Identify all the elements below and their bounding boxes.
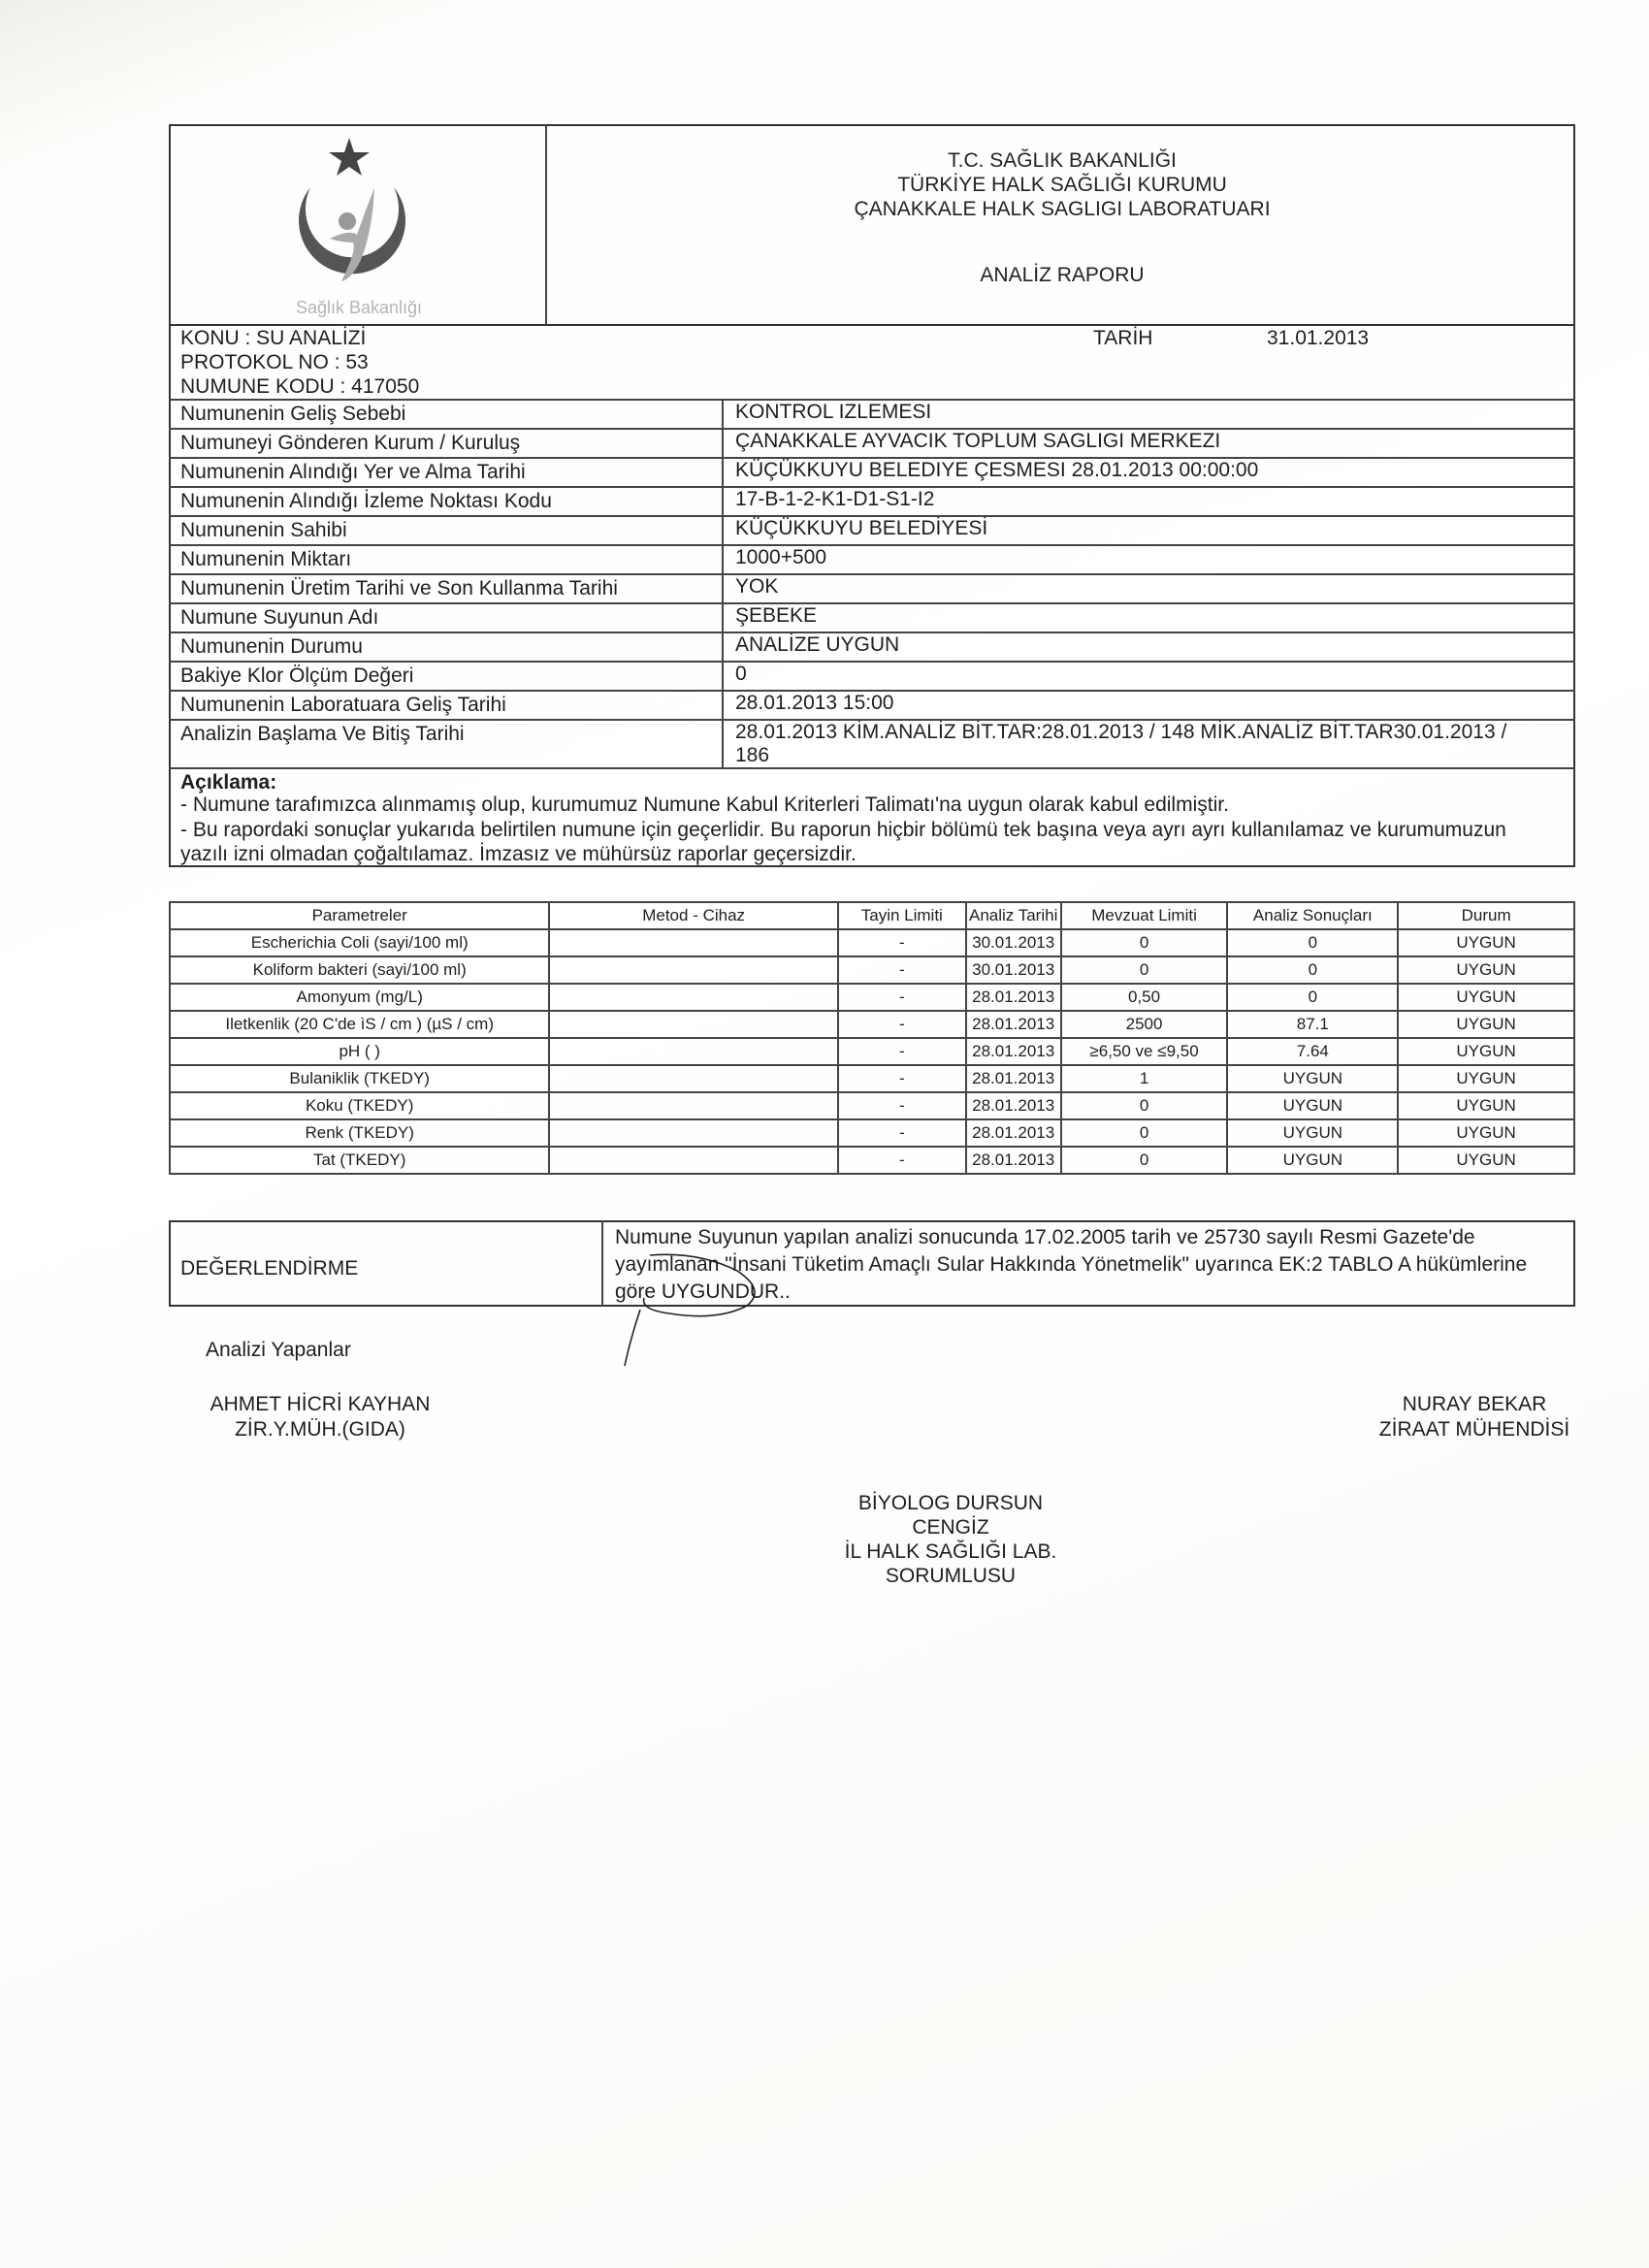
row-divider (169, 573, 1575, 575)
sample-info-label: Numunenin Durumu (180, 635, 363, 659)
analysts-label: Analizi Yapanlar (206, 1339, 351, 1362)
sample-info-value: ANALİZE UYGUN (735, 633, 899, 657)
aciklama-line-3: yazılı izni olmadan çoğaltılamaz. İmzası… (180, 843, 857, 866)
table-cell (549, 929, 837, 956)
table-cell (549, 984, 837, 1011)
sample-info-value: YOK (735, 575, 778, 599)
sample-info-label: Numunenin Alındığı İzleme Noktası Kodu (180, 490, 552, 513)
sample-info-value: ŞEBEKE (735, 604, 817, 628)
sample-info-label: Numune Suyunun Adı (180, 606, 378, 630)
sample-info-value: 1000+500 (735, 546, 826, 569)
sample-info-value: 17-B-1-2-K1-D1-S1-I2 (735, 488, 934, 511)
table-cell: UYGUN (1398, 1065, 1574, 1092)
left-signer-name: AHMET HİCRİ KAYHAN (175, 1393, 466, 1416)
table-cell (549, 1092, 837, 1119)
table-row: Koliform bakteri (sayi/100 ml)-30.01.201… (170, 956, 1574, 984)
table-cell: 28.01.2013 (966, 1038, 1061, 1065)
table-cell: 0 (1061, 1119, 1228, 1147)
table-cell: UYGUN (1227, 1119, 1398, 1147)
sample-info-value: 0 (735, 663, 747, 686)
row-divider (169, 428, 1575, 430)
results-body: Escherichia Coli (sayi/100 ml)-30.01.201… (170, 929, 1574, 1174)
column-header: Durum (1398, 902, 1574, 929)
right-signer-name: NURAY BEKAR (1339, 1393, 1610, 1416)
table-row: Bulaniklik (TKEDY)-28.01.20131UYGUNUYGUN (170, 1065, 1574, 1092)
evaluation-label: DEĞERLENDİRME (180, 1257, 358, 1280)
column-header: Mevzuat Limiti (1061, 902, 1228, 929)
table-cell: UYGUN (1398, 984, 1574, 1011)
table-cell: pH ( ) (170, 1038, 549, 1065)
table-row: Tat (TKEDY)-28.01.20130UYGUNUYGUN (170, 1147, 1574, 1174)
sample-info-label: Numunenin Alındığı Yer ve Alma Tarihi (180, 461, 526, 484)
numune-kodu-text: NUMUNE KODU : 417050 (180, 375, 419, 399)
table-cell: - (838, 984, 966, 1011)
table-cell: - (838, 1011, 966, 1038)
row-divider (169, 661, 1575, 663)
table-cell: 28.01.2013 (966, 1011, 1061, 1038)
table-cell: 87.1 (1227, 1011, 1398, 1038)
logo-caption: Sağlık Bakanlığı (262, 296, 456, 319)
sample-info-label: Analizin Başlama Ve Bitiş Tarihi (180, 723, 465, 746)
table-cell: ≥6,50 ve ≤9,50 (1061, 1038, 1228, 1065)
table-cell: 30.01.2013 (966, 929, 1061, 956)
aciklama-line-2: - Bu rapordaki sonuçlar yukarıda belirti… (180, 819, 1506, 842)
table-cell: 2500 (1061, 1011, 1228, 1038)
row-divider (169, 486, 1575, 488)
results-header-row: ParametrelerMetod - CihazTayin LimitiAna… (170, 902, 1574, 929)
table-cell: - (838, 956, 966, 984)
results-table: ParametrelerMetod - CihazTayin LimitiAna… (169, 901, 1575, 1175)
row-divider (169, 719, 1575, 721)
table-cell: - (838, 929, 966, 956)
table-cell: - (838, 1065, 966, 1092)
evaluation-line-1: Numune Suyunun yapılan analizi sonucunda… (615, 1222, 1475, 1252)
table-cell: UYGUN (1227, 1065, 1398, 1092)
table-row: Escherichia Coli (sayi/100 ml)-30.01.201… (170, 929, 1574, 956)
table-cell: 28.01.2013 (966, 1092, 1061, 1119)
sample-info-label: Numunenin Sahibi (180, 519, 347, 542)
tarih-value: 31.01.2013 (1267, 327, 1369, 350)
sample-info-value: KONTROL IZLEMESI (735, 401, 931, 424)
sample-info-value: KÜÇÜKKUYU BELEDİYESİ (735, 517, 987, 540)
sample-info-value: KÜÇÜKKUYU BELEDIYE ÇESMESI 28.01.2013 00… (735, 459, 1258, 482)
ministry-logo (272, 134, 446, 318)
report-title: ANALİZ RAPORU (553, 264, 1571, 287)
center-signer-line-3: İL HALK SAĞLIĞI LAB. (805, 1540, 1096, 1564)
column-header: Analiz Sonuçları (1227, 902, 1398, 929)
table-cell: 0 (1061, 929, 1228, 956)
sample-info-label: Numunenin Üretim Tarihi ve Son Kullanma … (180, 577, 618, 600)
table-cell: UYGUN (1398, 1147, 1574, 1174)
table-cell: 28.01.2013 (966, 984, 1061, 1011)
institution-title: TÜRKİYE HALK SAĞLIĞI KURUMU (553, 174, 1571, 197)
table-cell: 0 (1061, 956, 1228, 984)
sample-info-column-divider (722, 399, 724, 767)
table-cell: 1 (1061, 1065, 1228, 1092)
table-cell: 7.64 (1227, 1038, 1398, 1065)
table-cell: UYGUN (1398, 1119, 1574, 1147)
row-divider (169, 690, 1575, 692)
row-divider (169, 457, 1575, 459)
table-cell (549, 1065, 837, 1092)
table-cell: Amonyum (mg/L) (170, 984, 549, 1011)
protokol-text: PROTOKOL NO : 53 (180, 351, 369, 374)
table-cell: Renk (TKEDY) (170, 1119, 549, 1147)
table-cell: 0,50 (1061, 984, 1228, 1011)
laboratory-title: ÇANAKKALE HALK SAGLIGI LABORATUARI (553, 198, 1571, 221)
table-row: Iletkenlik (20 C'de ìS / cm ) (µS / cm)-… (170, 1011, 1574, 1038)
tarih-label: TARİH (1093, 327, 1152, 350)
table-cell: 0 (1227, 956, 1398, 984)
table-cell: UYGUN (1398, 956, 1574, 984)
table-cell: Iletkenlik (20 C'de ìS / cm ) (µS / cm) (170, 1011, 549, 1038)
handwritten-signature (611, 1251, 844, 1368)
table-cell: - (838, 1038, 966, 1065)
left-signer-title: ZİR.Y.MÜH.(GIDA) (175, 1418, 466, 1442)
table-cell: 0 (1061, 1092, 1228, 1119)
table-row: pH ( )-28.01.2013≥6,50 ve ≤9,507.64UYGUN (170, 1038, 1574, 1065)
center-signer-line-2: CENGİZ (805, 1516, 1096, 1539)
table-cell: Escherichia Coli (sayi/100 ml) (170, 929, 549, 956)
table-cell: - (838, 1147, 966, 1174)
sample-info-value-continued: 186 (735, 744, 769, 767)
crescent-star-icon (272, 134, 446, 318)
table-cell: UYGUN (1227, 1147, 1398, 1174)
table-cell: UYGUN (1398, 1011, 1574, 1038)
table-cell: 0 (1227, 984, 1398, 1011)
sample-info-value: ÇANAKKALE AYVACIK TOPLUM SAGLIGI MERKEZI (735, 430, 1220, 453)
table-cell: Tat (TKEDY) (170, 1147, 549, 1174)
center-signer-line-1: BİYOLOG DURSUN (805, 1492, 1096, 1515)
table-cell: Koliform bakteri (sayi/100 ml) (170, 956, 549, 984)
column-header: Metod - Cihaz (549, 902, 837, 929)
table-cell: 28.01.2013 (966, 1147, 1061, 1174)
table-cell (549, 1119, 837, 1147)
table-cell (549, 956, 837, 984)
table-cell: 28.01.2013 (966, 1119, 1061, 1147)
column-header: Parametreler (170, 902, 549, 929)
sample-info-value: 28.01.2013 KİM.ANALİZ BİT.TAR:28.01.2013… (735, 721, 1506, 744)
aciklama-title: Açıklama: (180, 771, 276, 794)
table-cell (549, 1038, 837, 1065)
table-cell: 0 (1227, 929, 1398, 956)
table-cell: UYGUN (1398, 929, 1574, 956)
row-divider (169, 544, 1575, 546)
column-header: Analiz Tarihi (966, 902, 1061, 929)
konu-text: KONU : SU ANALİZİ (180, 327, 366, 350)
table-cell: UYGUN (1398, 1038, 1574, 1065)
evaluation-divider (601, 1220, 603, 1307)
ministry-title: T.C. SAĞLIK BAKANLIĞI (553, 149, 1571, 173)
right-signer-title: ZİRAAT MÜHENDİSİ (1339, 1418, 1610, 1442)
table-cell: - (838, 1092, 966, 1119)
table-row: Renk (TKEDY)-28.01.20130UYGUNUYGUN (170, 1119, 1574, 1147)
table-cell: 30.01.2013 (966, 956, 1061, 984)
table-row: Koku (TKEDY)-28.01.20130UYGUNUYGUN (170, 1092, 1574, 1119)
row-divider (169, 632, 1575, 633)
header-divider (545, 124, 547, 326)
table-cell: Bulaniklik (TKEDY) (170, 1065, 549, 1092)
table-cell: - (838, 1119, 966, 1147)
sample-info-label: Numunenin Geliş Sebebi (180, 403, 405, 426)
aciklama-divider (169, 767, 1575, 769)
aciklama-line-1: - Numune tarafımızca alınmamış olup, kur… (180, 794, 1229, 817)
table-cell: Koku (TKEDY) (170, 1092, 549, 1119)
column-header: Tayin Limiti (838, 902, 966, 929)
table-cell: 0 (1061, 1147, 1228, 1174)
sample-info-label: Bakiye Klor Ölçüm Değeri (180, 664, 413, 688)
table-cell: 28.01.2013 (966, 1065, 1061, 1092)
row-divider (169, 602, 1575, 604)
center-signer-line-4: SORUMLUSU (805, 1565, 1096, 1588)
table-cell: UYGUN (1227, 1092, 1398, 1119)
table-cell (549, 1011, 837, 1038)
table-cell (549, 1147, 837, 1174)
sample-info-label: Numuneyi Gönderen Kurum / Kuruluş (180, 432, 520, 455)
table-row: Amonyum (mg/L)-28.01.20130,500UYGUN (170, 984, 1574, 1011)
sample-info-value: 28.01.2013 15:00 (735, 692, 894, 715)
sample-info-label: Numunenin Miktarı (180, 548, 351, 571)
row-divider (169, 515, 1575, 517)
sample-info-label: Numunenin Laboratuara Geliş Tarihi (180, 694, 506, 717)
table-cell: UYGUN (1398, 1092, 1574, 1119)
